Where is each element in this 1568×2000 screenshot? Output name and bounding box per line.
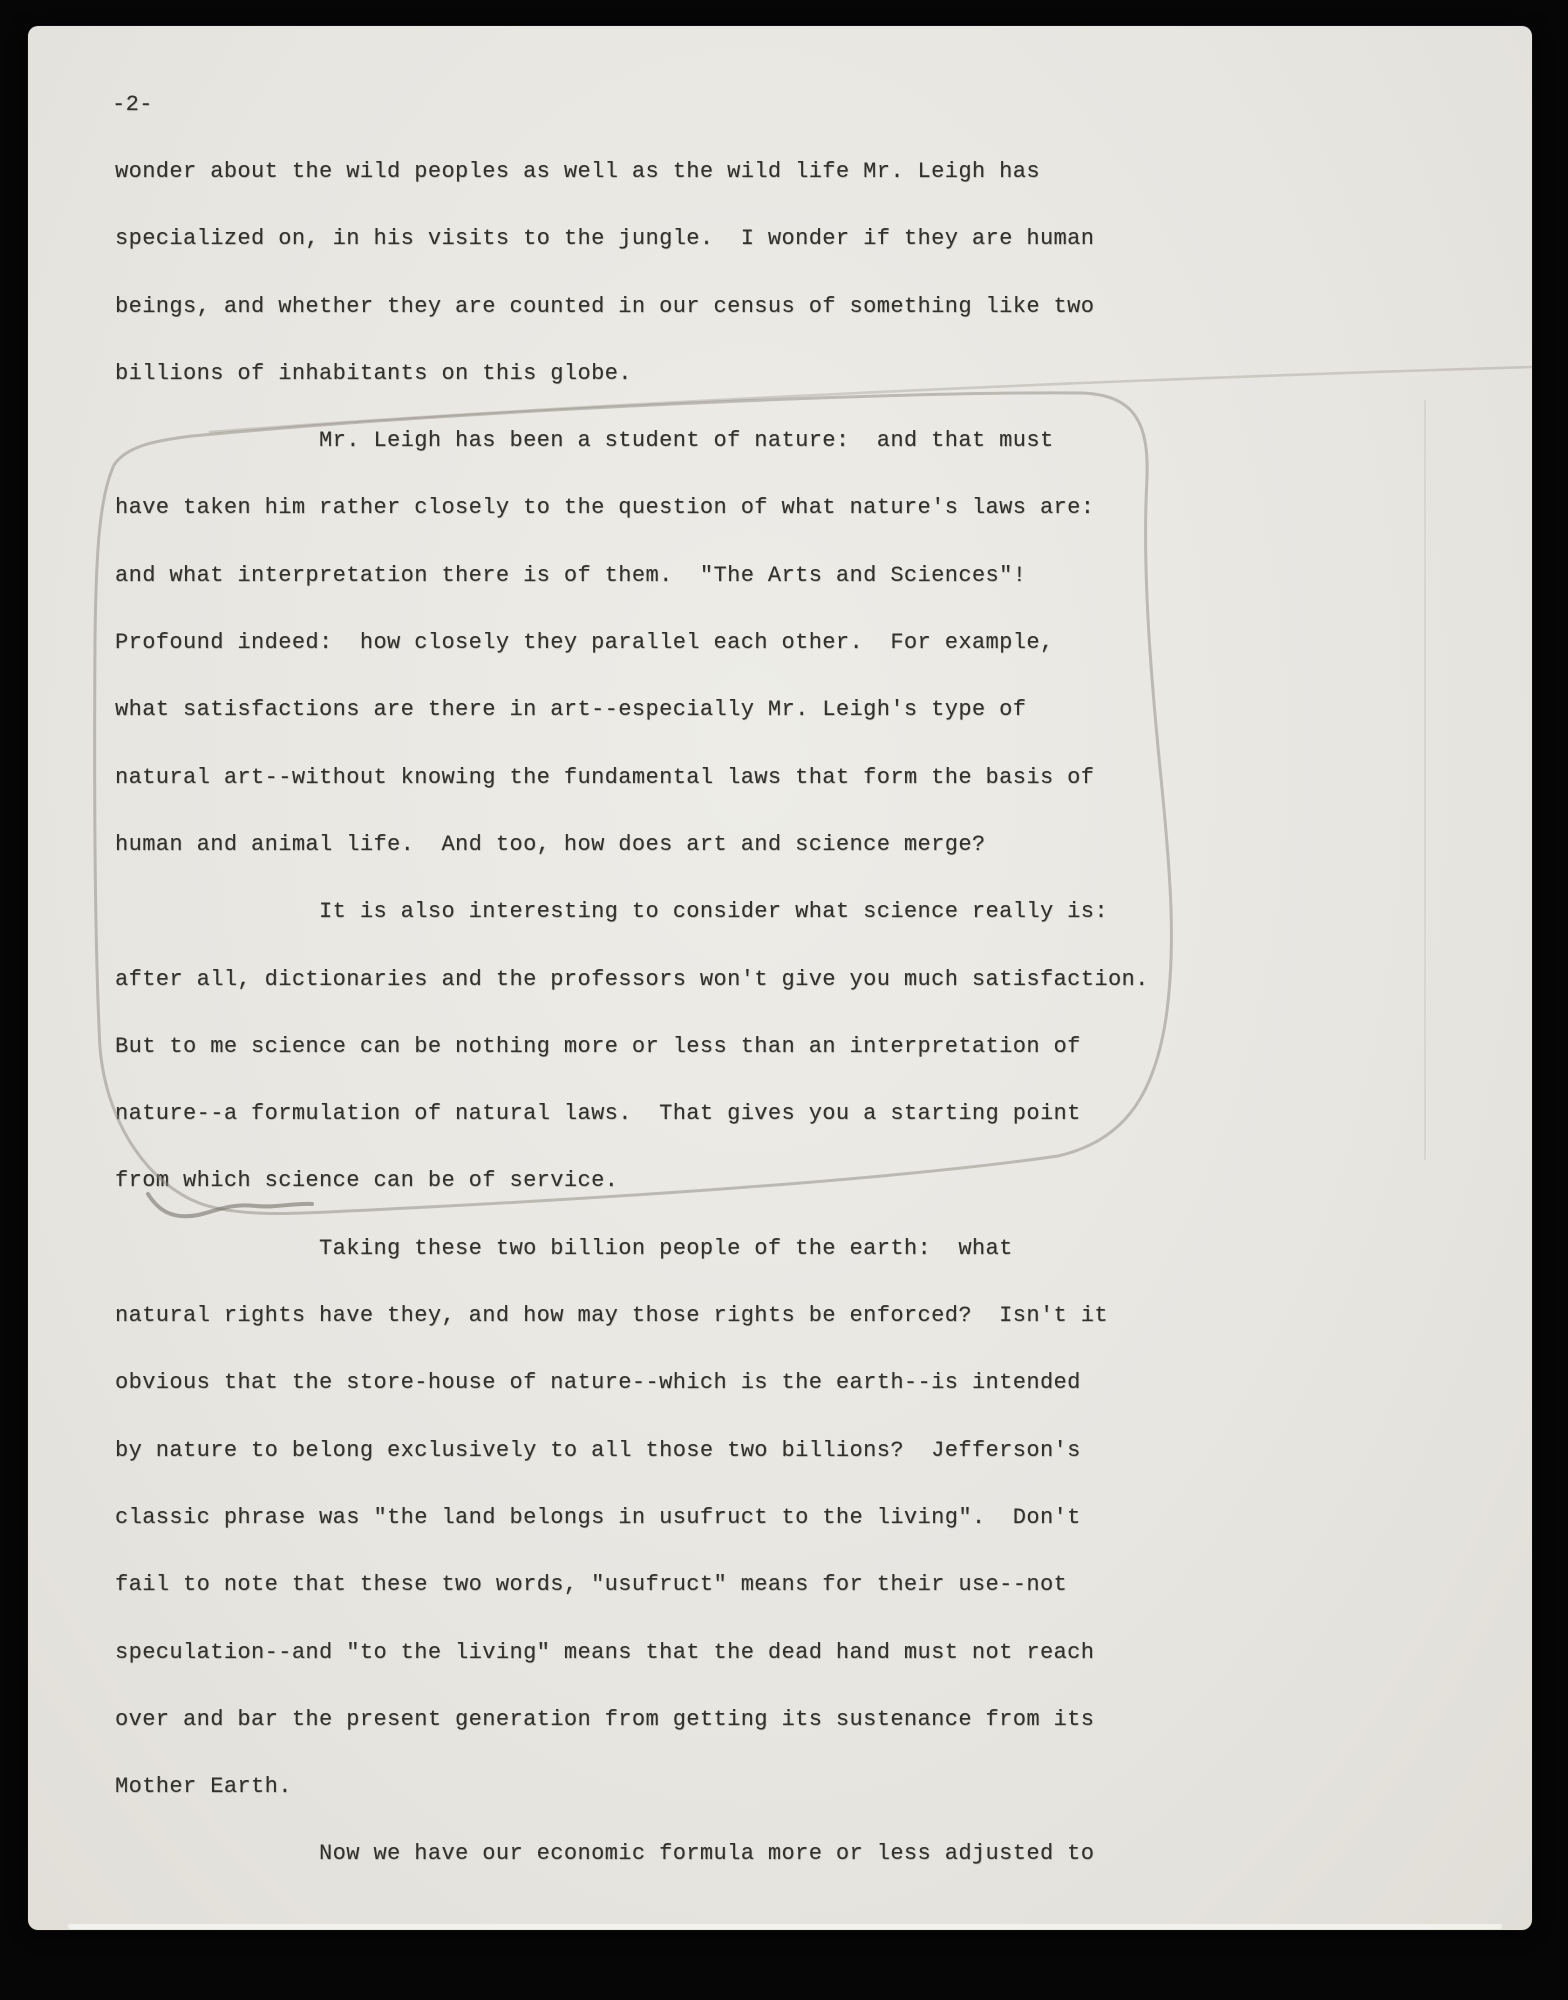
typewritten-body: wonder about the wild peoples as well as… — [115, 138, 1295, 1888]
typewritten-line: Taking these two billion people of the e… — [115, 1215, 1295, 1282]
typewritten-line: natural art--without knowing the fundame… — [115, 744, 1295, 811]
typewritten-line: beings, and whether they are counted in … — [115, 273, 1295, 340]
typewritten-line: specialized on, in his visits to the jun… — [115, 205, 1295, 272]
typewritten-line: have taken him rather closely to the que… — [115, 474, 1295, 541]
typewritten-line: obvious that the store-house of nature--… — [115, 1349, 1295, 1416]
typewritten-line: from which science can be of service. — [115, 1147, 1295, 1214]
typewritten-line: fail to note that these two words, "usuf… — [115, 1551, 1295, 1618]
typewritten-line: wonder about the wild peoples as well as… — [115, 138, 1295, 205]
typewritten-line: nature--a formulation of natural laws. T… — [115, 1080, 1295, 1147]
page-number: -2- — [112, 92, 153, 117]
typewritten-line: natural rights have they, and how may th… — [115, 1282, 1295, 1349]
typewritten-line: human and animal life. And too, how does… — [115, 811, 1295, 878]
typewritten-line: after all, dictionaries and the professo… — [115, 946, 1295, 1013]
typewritten-line: Profound indeed: how closely they parall… — [115, 609, 1295, 676]
typewritten-line: by nature to belong exclusively to all t… — [115, 1417, 1295, 1484]
typewritten-line: what satisfactions are there in art--esp… — [115, 676, 1295, 743]
typewritten-line: and what interpretation there is of them… — [115, 542, 1295, 609]
typewritten-line: But to me science can be nothing more or… — [115, 1013, 1295, 1080]
typewritten-line: It is also interesting to consider what … — [115, 878, 1295, 945]
typewritten-line: Mother Earth. — [115, 1753, 1295, 1820]
typewritten-line: speculation--and "to the living" means t… — [115, 1619, 1295, 1686]
typewritten-line: over and bar the present generation from… — [115, 1686, 1295, 1753]
typewritten-line: Now we have our economic formula more or… — [115, 1820, 1295, 1887]
paper-crease — [1424, 400, 1426, 1160]
typewritten-line: billions of inhabitants on this globe. — [115, 340, 1295, 407]
typewritten-line: Mr. Leigh has been a student of nature: … — [115, 407, 1295, 474]
scanned-page: -2- wonder about the wild peoples as wel… — [0, 0, 1568, 2000]
paper-bottom-edge — [68, 1924, 1502, 1929]
typewritten-line: classic phrase was "the land belongs in … — [115, 1484, 1295, 1551]
